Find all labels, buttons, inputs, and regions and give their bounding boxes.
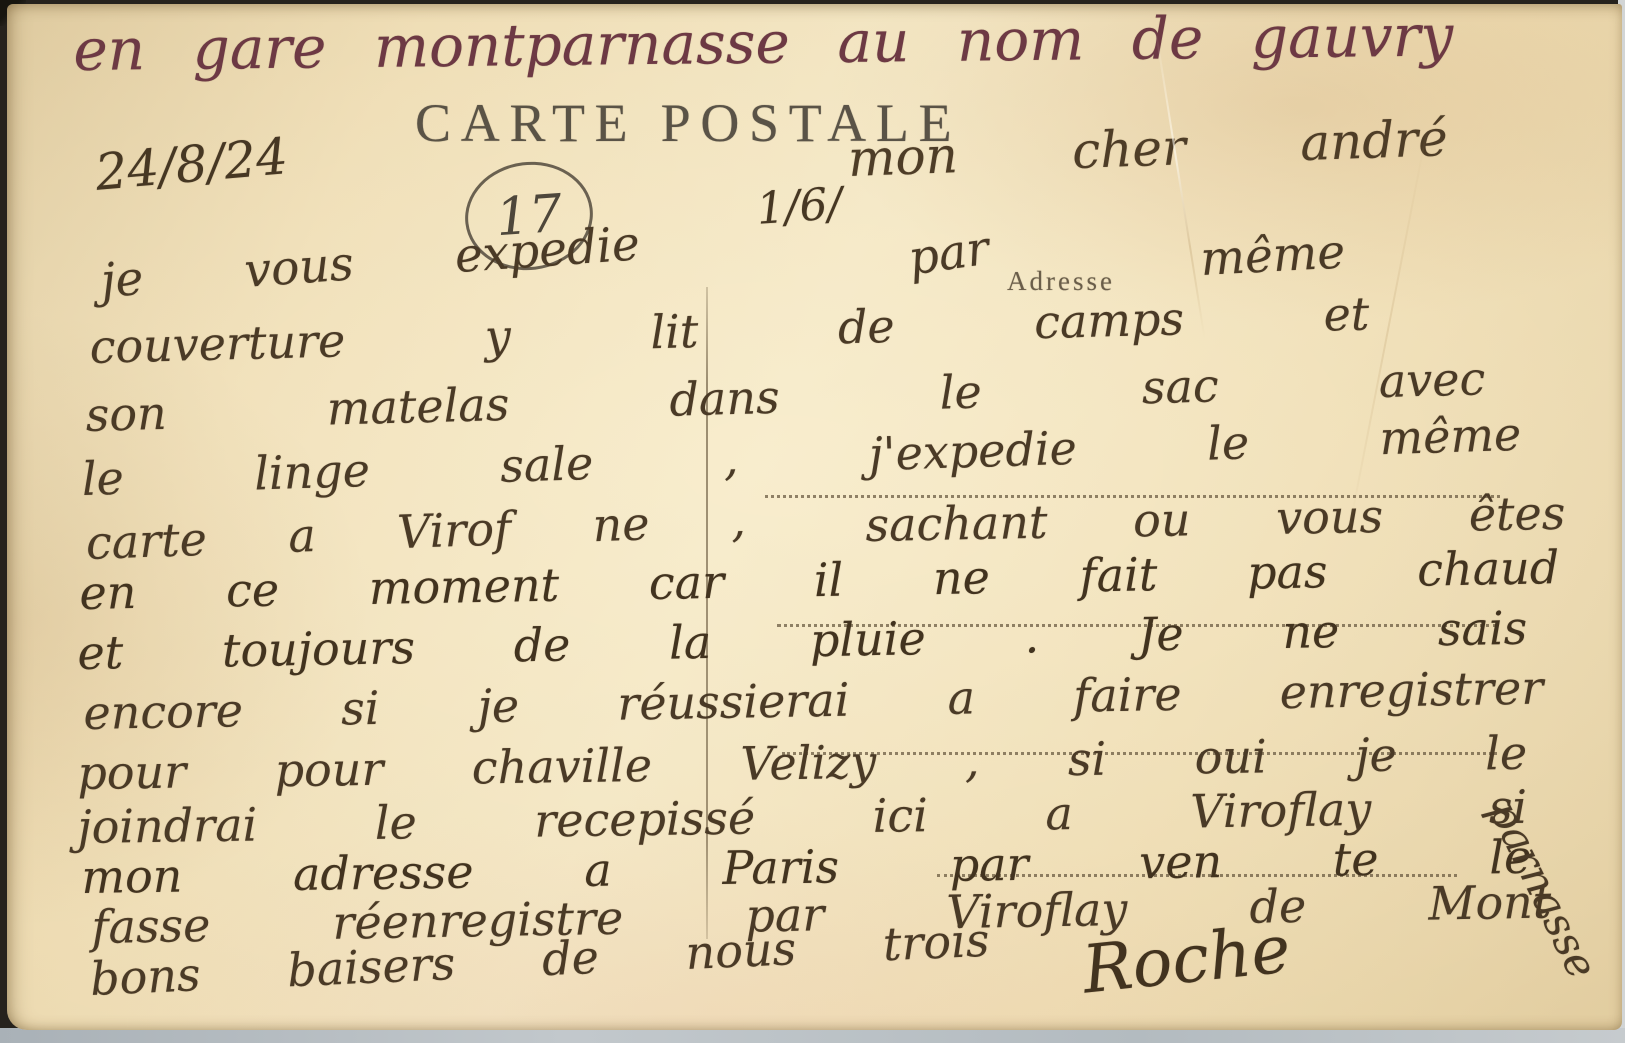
message-line-1a: jevousexpedie [99, 216, 642, 309]
message-line-1b: par [905, 221, 992, 287]
postcard-back: CARTE POSTALE Adresse 17 engaremontparna… [7, 4, 1622, 1030]
fraction-note: 1/6/ [755, 178, 844, 235]
scanner-background-bottom [0, 1028, 1625, 1043]
annotation-top-line: engaremontparnasseaunomdegauvry [73, 2, 1454, 84]
date-line: 24/8/24 [93, 127, 290, 202]
adresse-label: Adresse [1007, 266, 1115, 297]
message-line-1c: même [1199, 224, 1346, 287]
scanned-postcard-page: { "postcard": { "printed": { "title": "C… [0, 0, 1625, 1043]
